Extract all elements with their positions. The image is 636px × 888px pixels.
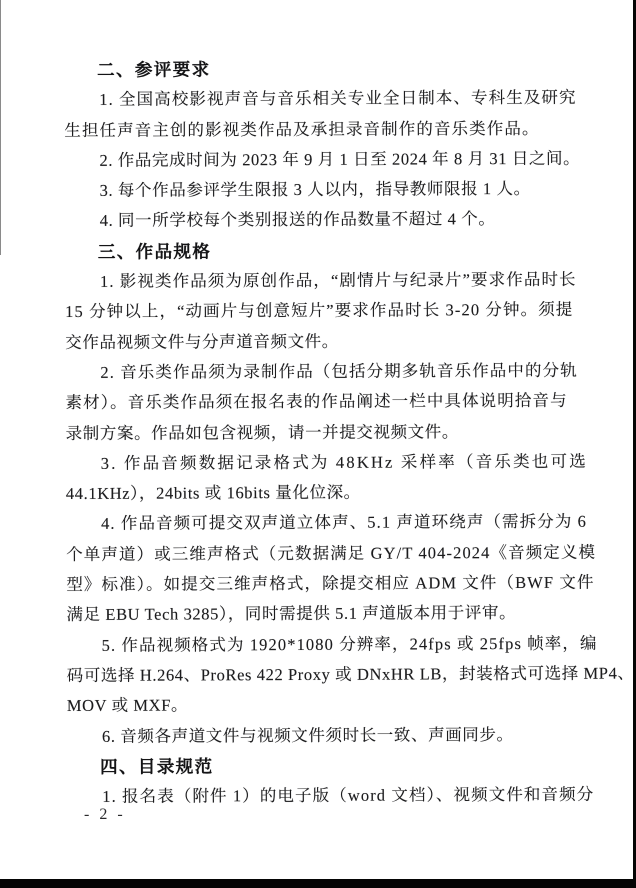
section-heading-3: 三、作品规格: [65, 235, 575, 268]
doc-line: 素材）。音乐类作品须在报名表的作品阐述一栏中具体说明拾音与: [65, 386, 575, 419]
doc-line: 1. 报名表（附件 1）的电子版（word 文档）、视频文件和音频分: [67, 780, 577, 813]
doc-line: 录制方案。作品如包含视频，请一并提交视频文件。: [66, 416, 576, 449]
doc-line: 交作品视频文件与分声道音频文件。: [65, 325, 575, 358]
doc-line: 44.1KHz），24bits 或 16bits 量化位深。: [66, 477, 576, 510]
doc-line: 1. 全国高校影视声音与音乐相关专业全日制本、专科生及研究: [64, 83, 574, 116]
scan-edge-bottom: [0, 879, 636, 888]
doc-line: 4. 同一所学校每个类别报送的作品数量不超过 4 个。: [65, 204, 575, 237]
doc-line: MOV 或 MXF。: [67, 689, 577, 722]
doc-line: 个单声道）或三维声格式（元数据满足 GY/T 404-2024《音频定义模: [66, 538, 576, 571]
doc-line: 6. 音频各声道文件与视频文件须时长一致、声画同步。: [67, 719, 577, 752]
doc-line: 2. 作品完成时间为 2023 年 9 月 1 日至 2024 年 8 月 31…: [64, 144, 574, 177]
doc-line: 15 分钟以上，“动画片与创意短片”要求作品时长 3-20 分钟。须提: [65, 295, 575, 328]
doc-line: 3. 每个作品参评学生限报 3 人以内，指导教师限报 1 人。: [65, 174, 575, 207]
scan-edge-left: [0, 0, 1, 255]
document-body: 二、参评要求 1. 全国高校影视声音与音乐相关专业全日制本、专科生及研究 生担任…: [64, 53, 577, 813]
doc-line: 2. 音乐类作品须为录制作品（包括分期多轨音乐作品中的分轨: [65, 356, 575, 389]
doc-line: 满足 EBU Tech 3285），同时需提供 5.1 声道版本用于评审。: [66, 598, 576, 631]
doc-line: 3. 作品音频数据记录格式为 48KHz 采样率（音乐类也可选: [66, 447, 576, 480]
doc-line: 1. 影视类作品须为原创作品，“剧情片与纪录片”要求作品时长: [65, 265, 575, 298]
doc-line: 5. 作品视频格式为 1920*1080 分辨率，24fps 或 25fps 帧…: [67, 628, 577, 661]
doc-line: 生担任声音主创的影视类作品及承担录音制作的音乐类作品。: [64, 113, 574, 146]
section-heading-2: 二、参评要求: [64, 53, 574, 86]
doc-line: 码可选择 H.264、ProRes 422 Proxy 或 DNxHR LB，封…: [67, 659, 577, 692]
page-number: - 2 -: [84, 804, 126, 826]
doc-line: 型》标准）。如提交三维声格式，除提交相应 ADM 文件（BWF 文件: [66, 568, 576, 601]
doc-line: 4. 作品音频可提交双声道立体声、5.1 声道环绕声（需拆分为 6: [66, 507, 576, 540]
section-heading-4: 四、目录规范: [67, 750, 577, 783]
scanned-document-page: 二、参评要求 1. 全国高校影视声音与音乐相关专业全日制本、专科生及研究 生担任…: [0, 0, 636, 888]
